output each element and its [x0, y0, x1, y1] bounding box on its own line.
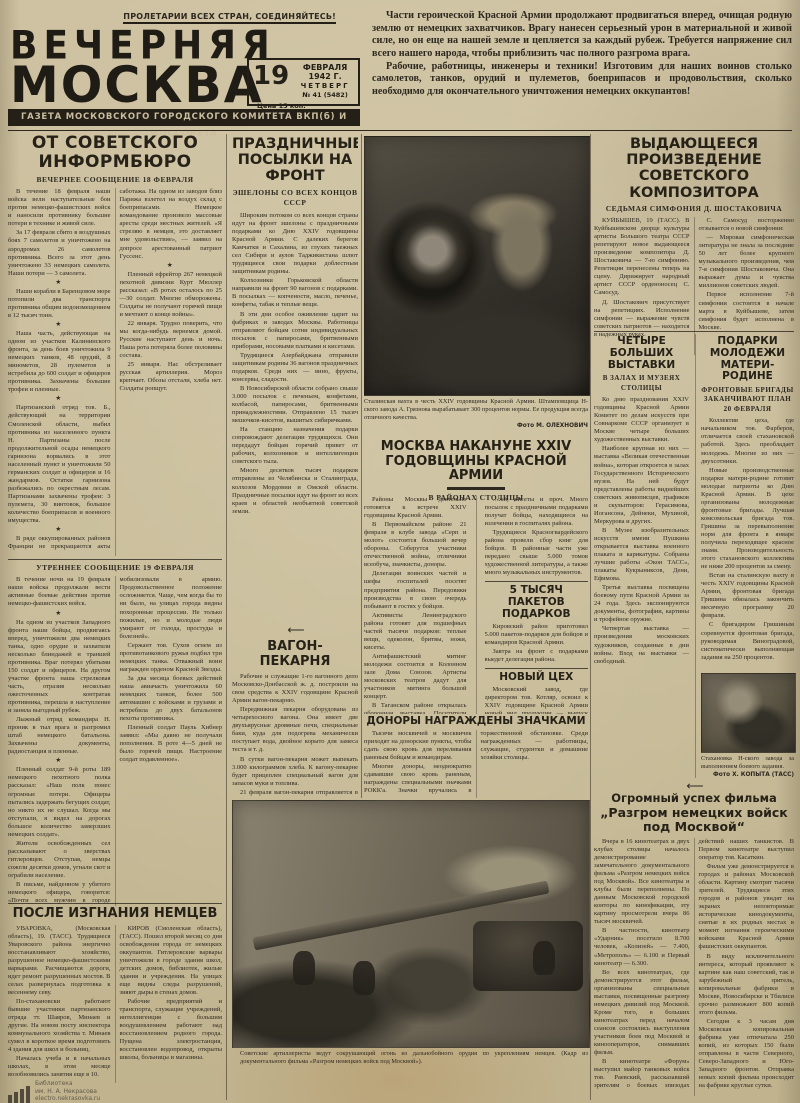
- paragraph: Трудящиеся Красногвардейского района про…: [485, 529, 588, 577]
- paragraph: По-стахановски работают бывшие участники…: [8, 998, 111, 1054]
- paragraph: В эти дни особое оживление царит на фабр…: [232, 311, 358, 351]
- symphony-title: ВЫДАЮЩЕЕСЯ ПРОИЗВЕДЕНИЕ СОВЕТСКОГО КОМПО…: [594, 136, 794, 201]
- evening-report-text: В течение 18 февраля наши войска вели на…: [8, 188, 222, 556]
- paragraph: Встав на сталинскую вахту в честь XXIV г…: [701, 572, 794, 620]
- exhibitions-title: ЧЕТЫРЕ БОЛЬШИХ ВЫСТАВКИ: [594, 336, 689, 371]
- moscow-anniversary-columns: Районы Москвы деятельно готовятся к встр…: [364, 496, 588, 714]
- new-shop-title: НОВЫЙ ЦЕХ: [485, 672, 588, 684]
- paragraph: Московский завод, где директором тов. Ко…: [485, 686, 588, 714]
- moscow-title: МОСКВА НАКАНУНЕ XXIV ГОДОВЩИНЫ КРАСНОЙ А…: [364, 440, 588, 484]
- donors-text: Тысячи москвичей и москвичек приходят на…: [364, 730, 588, 798]
- paragraph: Кировский район приготовил 5.000 пакетов…: [485, 623, 588, 647]
- evening-report-subhead: ВЕЧЕРНЕЕ СООБЩЕНИЕ 18 ФЕВРАЛЯ: [8, 175, 222, 185]
- paragraph: — Мировая симфоническая литература не зн…: [699, 234, 795, 290]
- paragraph: Колхозники Горьковской области направили…: [232, 277, 358, 309]
- photo-top-caption: Сталинская вахта в честь XXIV годовщины …: [364, 398, 588, 422]
- paragraph: За 17 февраля сбито в воздушных боях 7 с…: [8, 229, 111, 277]
- moscow-col2-wrap: …жи, кисеты и проч. Много посылок с праз…: [476, 496, 588, 714]
- paragraph: Новые производственные подарки матери-ро…: [701, 467, 794, 572]
- date-box: 19 ФЕВРАЛЯ 1942 Г. ЧЕТВЕРГ № 41 (5482) Ц…: [247, 58, 360, 106]
- paragraph: В течение ночи на 19 февраля наши войска…: [8, 576, 111, 608]
- paragraph: Тысячи москвичей и москвичек приходят на…: [364, 730, 472, 762]
- paragraph: Делегации воинских частей и шефы госпита…: [364, 570, 467, 610]
- paragraph: Ко дню празднования XXIV годовщины Красн…: [594, 396, 689, 444]
- section-symphony: ВЫДАЮЩЕЕСЯ ПРОИЗВЕДЕНИЕ СОВЕТСКОГО КОМПО…: [594, 136, 794, 355]
- youth-subhead: ФРОНТОВЫЕ БРИГАДЫ ЗАКАНЧИВАЮТ ПЛАН 20 ФЕ…: [701, 386, 794, 414]
- photo-bottom-caption: Советские артиллеристы ведут сокрушающий…: [240, 1050, 588, 1066]
- section-film: Огромный успех фильма „Разгром немецких …: [594, 780, 794, 1096]
- paragraph: Рабочие предприятий и транспорта, служащ…: [120, 998, 223, 1062]
- paragraph: В Новосибирской области собрано свыше 3.…: [232, 385, 358, 425]
- paragraph: Широким потоком со всех концов страны ид…: [232, 212, 358, 276]
- parcels-text: Широким потоком со всех концов страны ид…: [232, 212, 358, 620]
- photo-artillery: [232, 800, 590, 1048]
- masthead-rule: [8, 130, 792, 131]
- slogan: ПРОЛЕТАРИИ ВСЕХ СТРАН, СОЕДИНЯЙТЕСЬ!: [123, 12, 336, 24]
- paper-title-line2: МОСКВА: [10, 60, 264, 110]
- soldier-silhouette: [353, 961, 375, 995]
- parcels-subhead: ЭШЕЛОНЫ СО ВСЕХ КОНЦОВ СССР: [232, 188, 358, 208]
- gun-carriage-shape: [473, 921, 583, 991]
- soldier-silhouette: [293, 951, 315, 985]
- bakery-text: Рабочие и служащие 1-го вагонного депо М…: [232, 673, 358, 796]
- paragraph: В частности, кинотеатр «Ударник» посетил…: [594, 927, 690, 967]
- parcels5000-title: 5 ТЫСЯЧ ПАКЕТОВ ПОДАРКОВ: [485, 585, 588, 620]
- film-title-line1: Огромный успех фильма: [594, 792, 794, 805]
- paragraph: С. Самосуд восторженно отзывается о ново…: [699, 217, 795, 233]
- library-bars-icon: [8, 1086, 30, 1103]
- paragraph: 22 января. Трудно поверить, что мы когда…: [120, 320, 223, 360]
- paragraph: Во всех кинотеатрах, где демонстрируется…: [594, 969, 690, 1058]
- photo-small-caption: Стахановка Н-ского завода за выполнением…: [701, 755, 794, 771]
- paragraph: Трудящиеся Азербайджана отправили защитн…: [232, 352, 358, 384]
- paragraph: Много десятков тысяч подарков отправлены…: [232, 467, 358, 515]
- morning-report-subhead: УТРЕННЕЕ СООБЩЕНИЕ 19 ФЕВРАЛЯ: [8, 563, 222, 573]
- paragraph: ★: [8, 610, 111, 618]
- paragraph: Передвижная пекарня оборудована из четыр…: [232, 706, 358, 754]
- weekday: ЧЕТВЕРГ: [292, 82, 358, 92]
- film-text: Вчера в 16 кинотеатрах и двух клубах сто…: [594, 838, 794, 1096]
- masthead: ПРОЛЕТАРИИ ВСЕХ СТРАН, СОЕДИНЯЙТЕСЬ! ВЕЧ…: [8, 6, 360, 130]
- youth-text: Коллектив цеха, где начальником тов. Фар…: [701, 417, 794, 669]
- paragraph: Сегодня к 3 часам дня Московская копиров…: [699, 1018, 795, 1090]
- column-rule-4: [695, 334, 696, 778]
- morning-report-text: В течение ночи на 19 февраля наши войска…: [8, 576, 222, 906]
- paragraph: На одном из участков Западного фронта на…: [8, 619, 111, 716]
- moscow-col2: …жи, кисеты и проч. Много посылок с праз…: [485, 496, 588, 578]
- section-divider: [485, 581, 588, 582]
- paragraph: Лыжный отряд командира Н. проник в тыл в…: [8, 716, 111, 756]
- section-parcels: ПРАЗДНИЧНЫЕ ПОСЫЛКИ НА ФРОНТ ЭШЕЛОНЫ СО …: [232, 136, 358, 796]
- paragraph: В Таганском районе открылась оборонная в…: [364, 702, 467, 714]
- date-day: 19: [249, 60, 292, 100]
- paragraph: ★: [8, 279, 111, 287]
- column-rule-2: [361, 134, 362, 798]
- paragraph: За два месяца боевых действий наша авиач…: [120, 675, 223, 723]
- paragraph: С бригадиром Гришиным соревнуется фронто…: [701, 621, 794, 661]
- section-divider: [485, 668, 588, 669]
- paragraph: Пленный солдат 9-й роты 189 немецкого пе…: [8, 766, 111, 838]
- paragraph: Рабочие, работницы, инженеры и техники! …: [372, 61, 792, 99]
- paragraph: Первое исполнение 7-й симфонии состоится…: [699, 291, 795, 331]
- paragraph: Сержант тов. Сухов огнем из противотанко…: [120, 642, 223, 674]
- bakery-title: ВАГОН-ПЕКАРНЯ: [232, 640, 358, 669]
- paragraph: ★: [120, 262, 223, 270]
- arrow-divider-icon: [232, 624, 358, 636]
- exhibitions-text: Ко дню празднования XXIV годовщины Красн…: [594, 396, 689, 766]
- photo-small-credit: Фото Х. КОПЫТА (ТАСС): [701, 772, 794, 778]
- after-expulsion-title: ПОСЛЕ ИЗГНАНИЯ НЕМЦЕВ: [8, 907, 222, 922]
- paragraph: КУЙБЫШЕВ, 19 (ТАСС). В Куйбышевском двор…: [594, 217, 690, 297]
- section-youth-gifts: ПОДАРКИ МОЛОДЕЖИ МАТЕРИ-РОДИНЕ ФРОНТОВЫЕ…: [701, 336, 794, 778]
- headline-bar: [447, 487, 505, 490]
- paragraph: На станцию назначения подарки сопровожда…: [232, 426, 358, 466]
- paragraph: Четвертая выставка — произведения москов…: [594, 625, 689, 665]
- after-expulsion-text: УВАРОВКА, (Московская область), 19. (ТАС…: [8, 925, 222, 1083]
- front-page-address: Части героической Красной Армии продолжа…: [372, 10, 792, 128]
- column-rule-3: [590, 134, 591, 1100]
- donors-title: ДОНОРЫ НАГРАЖДЕНЫ ЗНАЧКАМИ: [364, 716, 588, 728]
- photo-stakhanovite-worker: [364, 136, 590, 396]
- photo-top-credit: Фото М. ОЛЕХНОВИЧ: [364, 423, 588, 429]
- paragraph: Районы Москвы деятельно готовятся к встр…: [364, 496, 467, 520]
- paragraph: …жи, кисеты и проч. Много посылок с праз…: [485, 496, 588, 528]
- informburo-title: ОТ СОВЕТСКОГО ИНФОРМБЮРО: [8, 134, 222, 172]
- section-donors: ДОНОРЫ НАГРАЖДЕНЫ ЗНАЧКАМИ Тысячи москви…: [364, 716, 588, 798]
- date-details: ФЕВРАЛЯ 1942 Г. ЧЕТВЕРГ № 41 (5482): [292, 60, 358, 100]
- parcels-title: ПРАЗДНИЧНЫЕ ПОСЫЛКИ НА ФРОНТ: [232, 136, 358, 185]
- moscow-anniversary-headline: МОСКВА НАКАНУНЕ XXIV ГОДОВЩИНЫ КРАСНОЙ А…: [364, 440, 588, 503]
- paragraph: Коллектив цеха, где начальником тов. Фар…: [701, 417, 794, 465]
- photo-stakhanovite-small: [701, 673, 796, 753]
- library-watermark: Библиотека им. Н. А. Некрасова electro.n…: [8, 1080, 100, 1103]
- paragraph: КИРОВ (Смоленская область), (ТАСС). Поше…: [120, 925, 223, 997]
- paragraph: ★: [8, 526, 111, 534]
- paragraph: Рабочие и служащие 1-го вагонного депо М…: [232, 673, 358, 705]
- paragraph: УВАРОВКА, (Московская область), 19. (ТАС…: [8, 925, 111, 997]
- paragraph: ★: [8, 757, 111, 765]
- paragraph: Началась учеба и в начальных школах, в э…: [8, 1055, 111, 1079]
- paragraph: Д. Шостакович присутствует на репетициях…: [594, 299, 690, 339]
- date-month: ФЕВРАЛЯ 1942 Г.: [292, 64, 358, 82]
- paragraph: Вчера в 16 кинотеатрах и двух клубах сто…: [594, 838, 690, 927]
- section-divider: [594, 331, 794, 332]
- paragraph: Антифашистский митинг молодежи состоится…: [364, 653, 467, 701]
- symphony-subhead: СЕДЬМАЯ СИМФОНИЯ Д. ШОСТАКОВИЧА: [594, 204, 794, 214]
- paragraph: В сутки вагон-пекарня может выпекать 3.0…: [232, 756, 358, 788]
- youth-title: ПОДАРКИ МОЛОДЕЖИ МАТЕРИ-РОДИНЕ: [701, 336, 794, 383]
- exhibitions-subhead: В ЗАЛАХ И МУЗЕЯХ СТОЛИЦЫ: [594, 374, 689, 393]
- watermark-text: Библиотека им. Н. А. Некрасова electro.n…: [35, 1080, 100, 1103]
- new-shop-text: Московский завод, где директором тов. Ко…: [485, 686, 588, 714]
- paragraph: ★: [8, 321, 111, 329]
- paragraph: Третья выставка посвящена боевому пути К…: [594, 584, 689, 624]
- section-divider: [8, 903, 222, 904]
- paragraph: 25 января. Нас обстреливает русская арти…: [120, 361, 223, 393]
- photo-top-caption-block: Сталинская вахта в честь XXIV годовщины …: [364, 398, 588, 429]
- paragraph: Пленный ефрейтор 267 немецкой пехотной д…: [120, 271, 223, 319]
- paragraph: Пленный солдат Пауль Хибнер заявил: «Мы …: [120, 724, 223, 764]
- issue-number: № 41 (5482): [292, 91, 358, 100]
- watermark-url: electro.nekrasovka.ru: [35, 1095, 100, 1103]
- paragraph: 21 февраля вагон-пекарня отправляется в …: [232, 789, 358, 796]
- watermark-line1: Библиотека: [35, 1080, 100, 1088]
- paragraph: В Музее изобразительных искусств имени П…: [594, 527, 689, 583]
- section-divider: [8, 559, 222, 560]
- paragraph: В течение 18 февраля наши войска вели на…: [8, 188, 111, 228]
- paragraph: Наши корабли в Баренцовом море потопили …: [8, 288, 111, 320]
- section-exhibitions: ЧЕТЫРЕ БОЛЬШИХ ВЫСТАВКИ В ЗАЛАХ И МУЗЕЯХ…: [594, 336, 689, 766]
- parcels5000-text: Кировский район приготовил 5.000 пакетов…: [485, 623, 588, 665]
- column-rule-1: [226, 134, 227, 1100]
- paragraph: В виду исключительного интереса, который…: [699, 953, 795, 1017]
- section-informburo: ОТ СОВЕТСКОГО ИНФОРМБЮРО ВЕЧЕРНЕЕ СООБЩЕ…: [8, 134, 222, 906]
- paragraph: В Первомайском районе 21 февраля в клубе…: [364, 521, 467, 569]
- paragraph: ★: [8, 395, 111, 403]
- paragraph: Партизанский отряд тов. Б., действующий …: [8, 404, 111, 525]
- paragraph: Наиболее крупная из них — выставка «Вели…: [594, 445, 689, 525]
- moscow-col1: Районы Москвы деятельно готовятся к встр…: [364, 496, 467, 714]
- section-after-expulsion: ПОСЛЕ ИЗГНАНИЯ НЕМЦЕВ УВАРОВКА, (Московс…: [8, 900, 222, 1083]
- paragraph: Части героической Красной Армии продолжа…: [372, 10, 792, 61]
- masthead-subtitle: ГАЗЕТА МОСКОВСКОГО ГОРОДСКОГО КОМИТЕТА В…: [8, 109, 360, 126]
- film-title-line2: „Разгром немецких войск под Москвой“: [594, 806, 794, 834]
- watermark-line2: им. Н. А. Некрасова: [35, 1088, 100, 1096]
- paragraph: Фильм уже демонстрируется в городах и ра…: [699, 863, 795, 952]
- paragraph: Завтра на фронт с подарками выедет делег…: [485, 648, 588, 664]
- paragraph: Наша часть, действующая на одном из учас…: [8, 330, 111, 394]
- paragraph: Жители освобожденных сел рассказывают о …: [8, 840, 111, 880]
- paragraph: Активисты Ленинградского района готовят …: [364, 612, 467, 652]
- soldier-silhouette: [533, 941, 555, 975]
- newspaper-page: ПРОЛЕТАРИИ ВСЕХ СТРАН, СОЕДИНЯЙТЕСЬ! ВЕЧ…: [0, 0, 800, 1103]
